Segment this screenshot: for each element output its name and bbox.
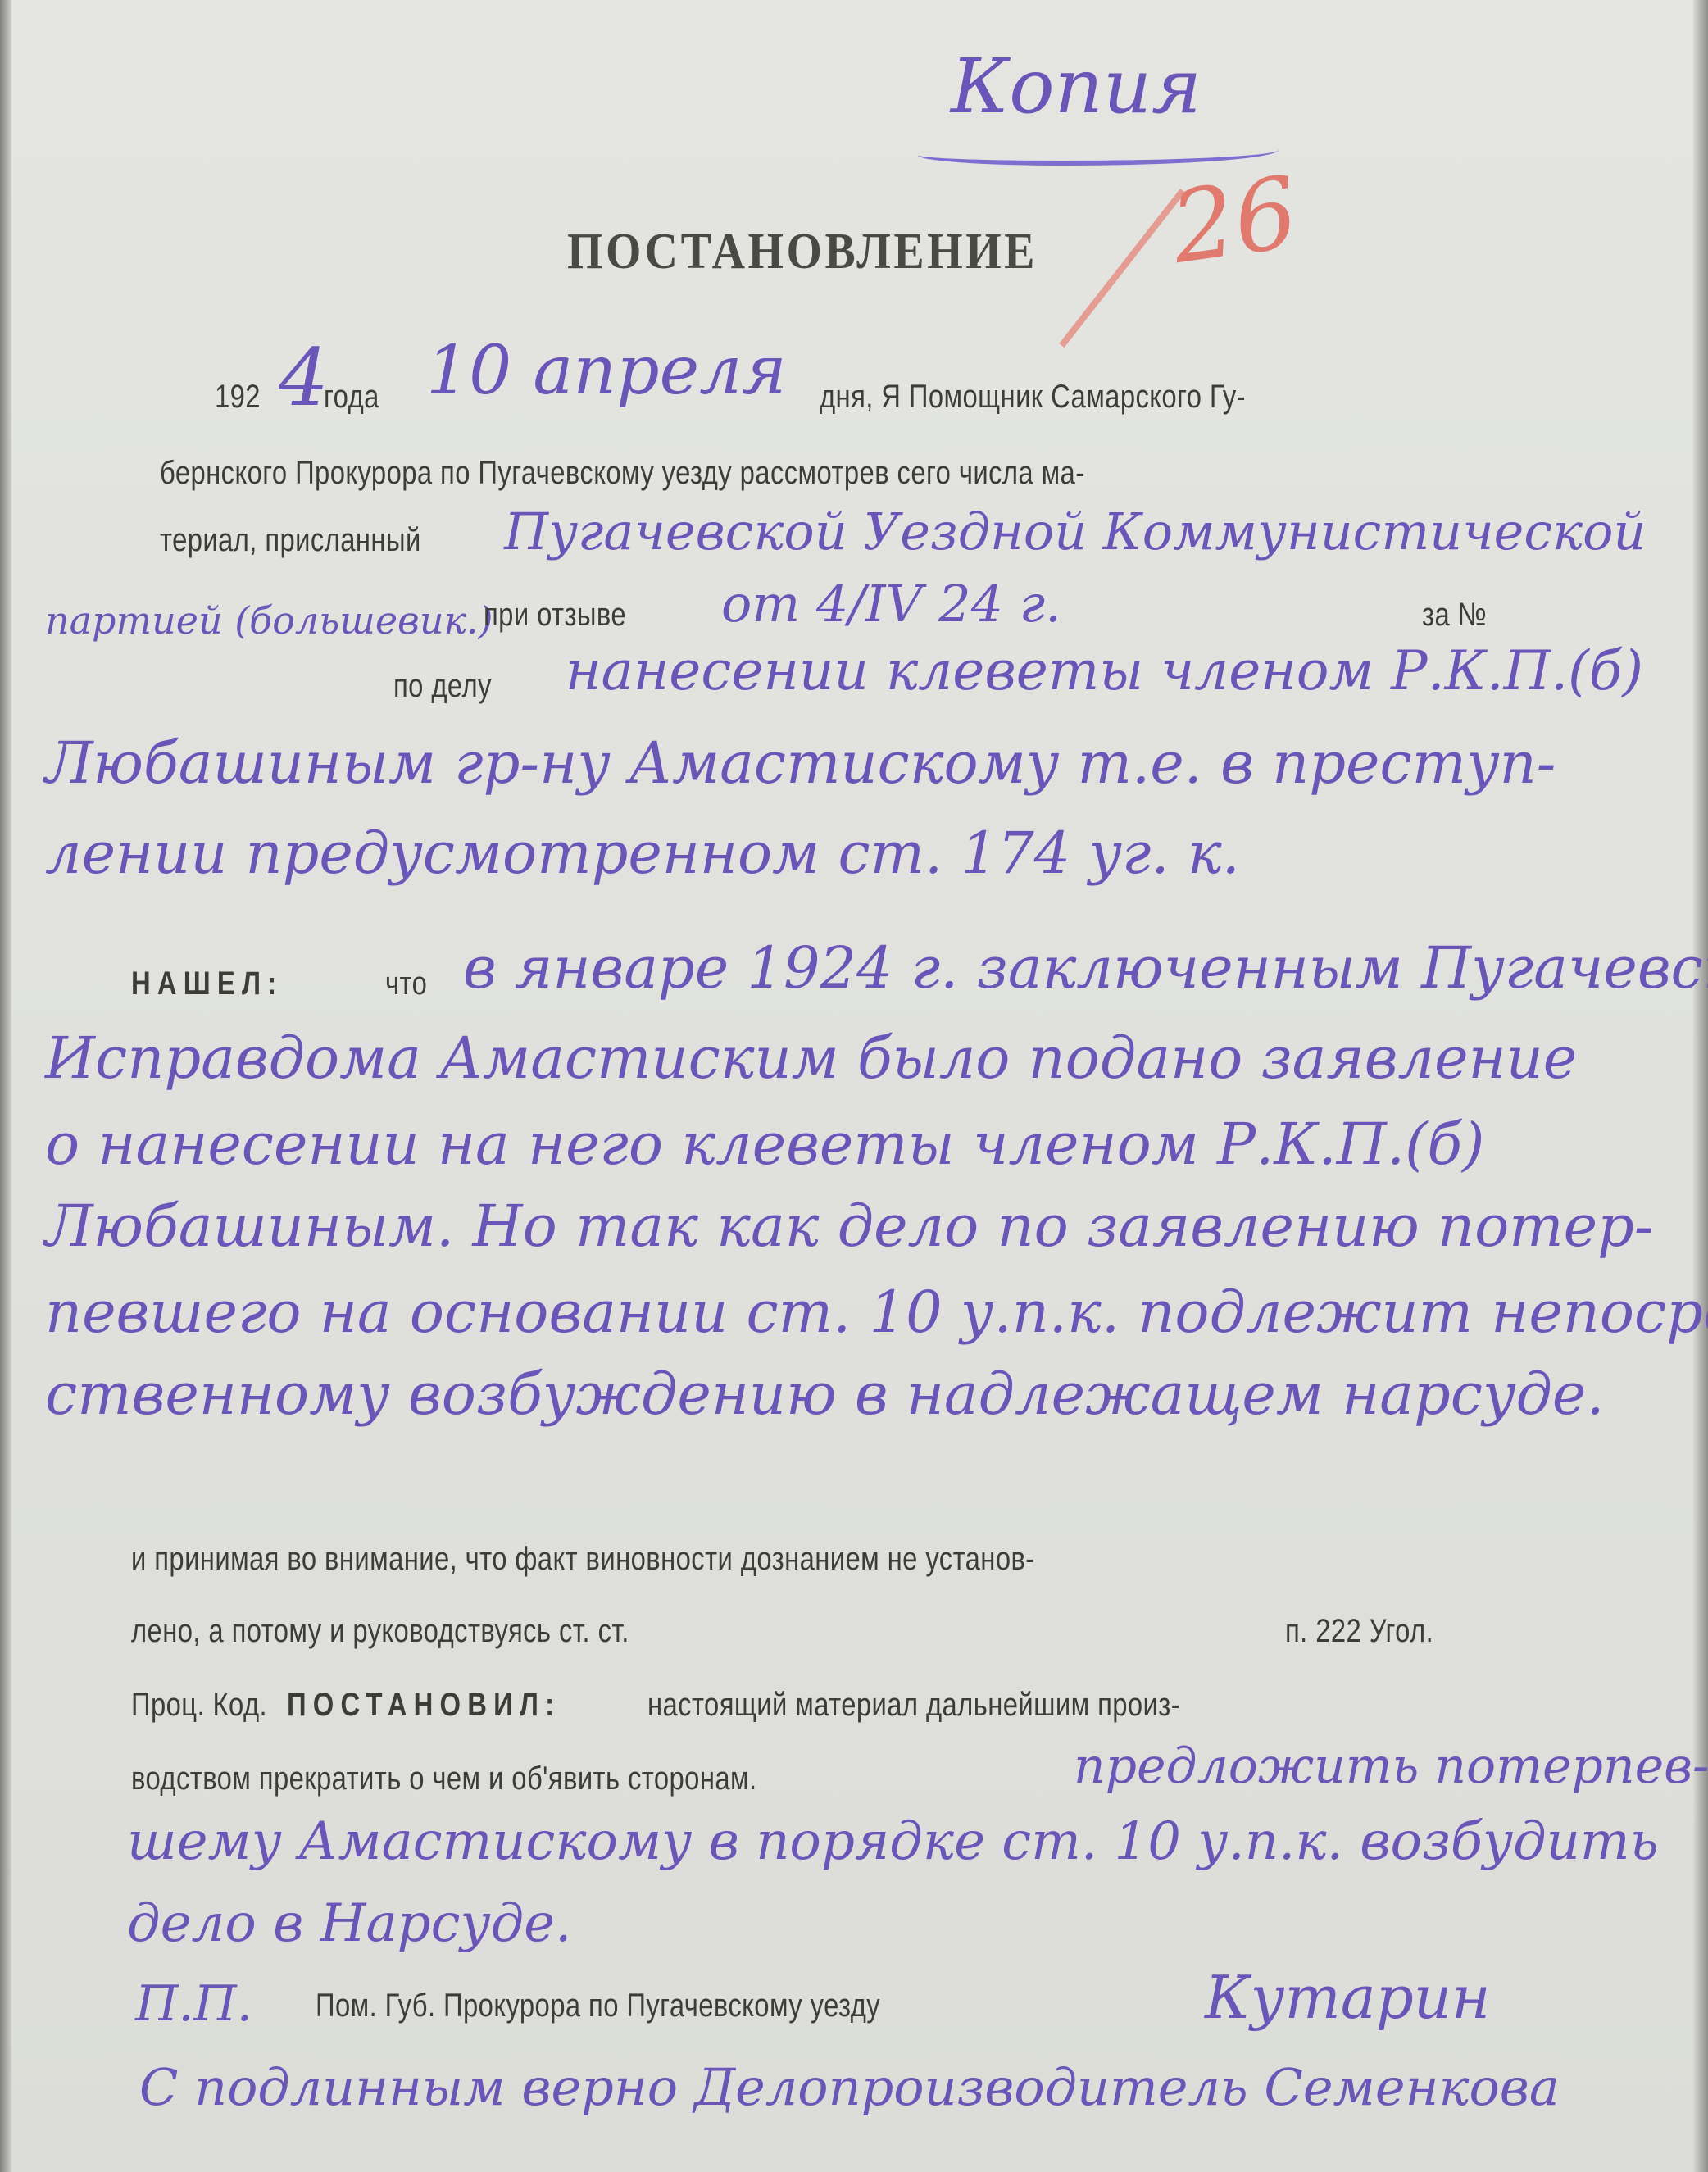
- document-page: Копия 26 ПОСТАНОВЛЕНИЕ 192 4 года 10 апр…: [0, 0, 1708, 2172]
- header-line4-date: от 4/IV 24 г.: [721, 574, 1061, 634]
- header-line3-printed: териал, присланный: [160, 522, 421, 559]
- header-line4-handwritten: партией (большевик.): [45, 598, 493, 643]
- case-text-line2: Любашиным гр-ну Амастискому т.е. в прест…: [45, 729, 1556, 797]
- signature-prefix: П.П.: [135, 1975, 252, 2033]
- signature-name: Кутарин: [1205, 1963, 1491, 2032]
- red-pencil-stroke: [1059, 189, 1185, 348]
- finding-label: НАШЕЛ:: [131, 966, 283, 1002]
- finding-label-suffix: что: [385, 966, 427, 1002]
- year-label: года: [324, 379, 379, 416]
- date-handwritten: 10 апреля: [426, 332, 787, 410]
- header-line3-handwritten: Пугачевской Уездной Коммунистической: [504, 502, 1646, 561]
- year-prefix: 192: [215, 379, 261, 416]
- finding-line-1: в январе 1924 г. заключенным Пугачевског…: [463, 934, 1708, 1002]
- header-line1-rest: дня, Я Помощник Самарского Гу-: [820, 379, 1246, 416]
- copy-mark: Копия: [951, 43, 1202, 130]
- paper-edge-right: [1693, 0, 1708, 2172]
- certification-text: С подлинным верно Делопроизводитель Семе…: [139, 2057, 1560, 2117]
- signature-title: Пом. Губ. Прокурора по Пугачевскому уезд…: [316, 1988, 880, 2024]
- considering-line3-prefix: Проц. Код.: [131, 1687, 267, 1724]
- page-title: ПОСТАНОВЛЕНИЕ: [567, 223, 1038, 281]
- finding-line-6: ственному возбуждению в надлежащем нарсу…: [45, 1361, 1605, 1428]
- case-label: по делу: [393, 668, 492, 705]
- header-line4-number-label: за №: [1422, 597, 1487, 634]
- header-line2: бернского Прокурора по Пугачевскому уезд…: [160, 455, 1085, 492]
- finding-line-5: певшего на основании ст. 10 у.п.к. подле…: [45, 1279, 1708, 1346]
- paper-edge-left: [0, 0, 11, 2172]
- finding-line-3: о нанесении на него клеветы членом Р.К.П…: [45, 1111, 1484, 1178]
- archive-number: 26: [1165, 156, 1305, 286]
- finding-line-2: Исправдома Амастиским было подано заявле…: [45, 1025, 1577, 1092]
- case-text-line1: нанесении клеветы членом Р.К.П.(б): [566, 639, 1643, 702]
- considering-line5-handwritten: шему Амастискому в порядке ст. 10 у.п.к.…: [127, 1811, 1658, 1872]
- year-suffix-handwritten: 4: [279, 332, 329, 424]
- considering-line3-rest: настоящий материал дальнейшим произ-: [647, 1687, 1180, 1724]
- considering-line2-right: п. 222 Угол.: [1285, 1613, 1433, 1650]
- case-text-line3: лении предусмотренном ст. 174 уг. к.: [45, 820, 1240, 887]
- considering-line3-keyword: ПОСТАНОВИЛ:: [287, 1687, 561, 1724]
- considering-line2: лено, а потому и руководствуясь ст. ст.: [131, 1613, 629, 1650]
- considering-line1: и принимая во внимание, что факт виновно…: [131, 1541, 1035, 1578]
- finding-line-4: Любашиным. Но так как дело по заявлению …: [45, 1193, 1654, 1260]
- considering-line4-handwritten: предложить потерпев-: [1074, 1738, 1708, 1795]
- considering-line4: водством прекратить о чем и об'явить сто…: [131, 1761, 756, 1797]
- considering-line6-handwritten: дело в Нарсуде.: [127, 1893, 571, 1954]
- header-line4-printed: при отзыве: [484, 597, 626, 634]
- copy-mark-underline: [918, 139, 1279, 166]
